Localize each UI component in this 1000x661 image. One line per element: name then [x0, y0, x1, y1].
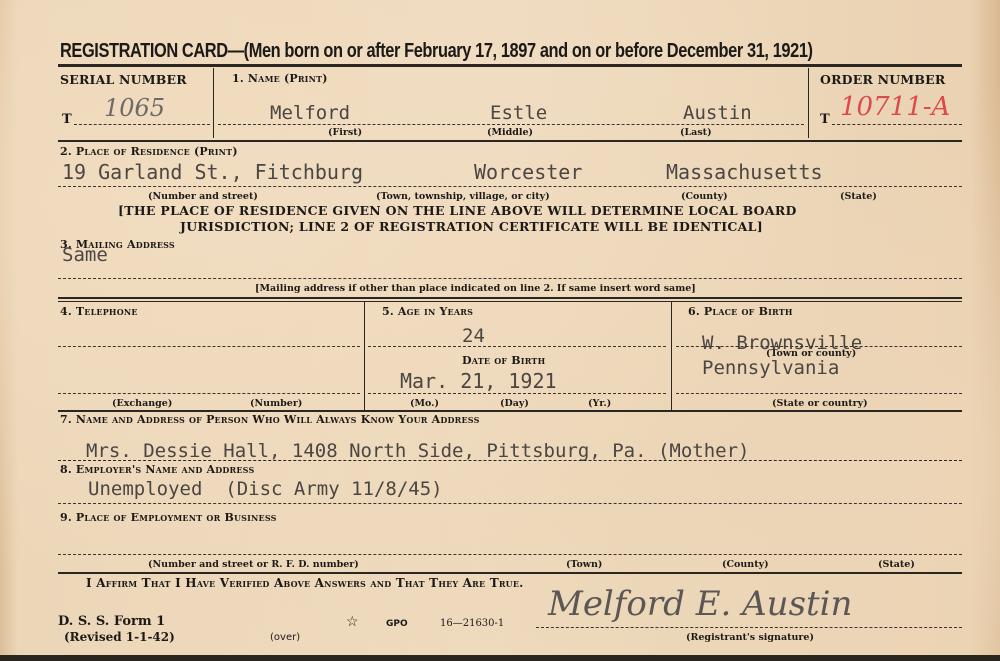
birth-state-value: Pennsylvania [702, 357, 839, 379]
divider [671, 302, 672, 410]
signature-line [536, 627, 962, 628]
order-number-value: 10711-A [840, 92, 950, 122]
age-value: 24 [462, 325, 485, 347]
form-name: D. S. S. Form 1 [58, 614, 165, 629]
mailing-caption: [Mailing address if other than place ind… [255, 283, 696, 294]
residence-label: 2. Place of Residence (Print) [60, 145, 238, 158]
month-caption: (Mo.) [410, 398, 439, 409]
employment-street-caption: (Number and street or R. F. D. number) [148, 559, 359, 570]
order-number-label: ORDER NUMBER [820, 72, 945, 87]
birth-state-caption: (State or country) [772, 398, 868, 409]
county-caption: (County) [681, 191, 728, 202]
street-caption: (Number and street) [148, 191, 258, 202]
residence-notice-line2: JURISDICTION; LINE 2 OF REGISTRATION CER… [180, 219, 763, 234]
divider [808, 68, 809, 138]
order-prefix: T [820, 112, 830, 127]
last-name-value: Austin [683, 102, 752, 124]
mailing-line [58, 278, 962, 279]
state-caption: (State) [840, 191, 877, 202]
row-rule [58, 572, 962, 574]
employment-county-caption: (County) [722, 559, 769, 570]
name-line [218, 124, 804, 125]
contact-label: 7. Name and Address of Person Who Will A… [60, 413, 480, 426]
affirmation-text: I Affirm That I Have Verified Above Answ… [86, 576, 524, 590]
first-caption: (First) [328, 127, 362, 138]
serial-number-label: SERIAL NUMBER [60, 72, 187, 87]
row-rule [58, 301, 962, 302]
day-caption: (Day) [500, 398, 529, 409]
number-caption: (Number) [250, 398, 302, 409]
form-revised: (Revised 1-1-42) [64, 630, 175, 644]
employment-state-caption: (State) [878, 559, 915, 570]
employment-place-label: 9. Place of Employment or Business [60, 511, 277, 524]
employer-label: 8. Employer's Name and Address [60, 463, 254, 476]
dob-line [368, 393, 666, 394]
telephone-line-1 [58, 346, 360, 347]
title-rule [58, 64, 962, 67]
registration-card: REGISTRATION CARD—(Men born on or after … [0, 0, 1000, 661]
residence-state-value: Massachusetts [666, 160, 823, 184]
mailing-address-value: Same [62, 244, 108, 266]
birthplace-label: 6. Place of Birth [688, 305, 793, 318]
residence-county-value: Worcester [474, 160, 582, 184]
birth-town-line [676, 346, 962, 347]
dob-label: Date of Birth [462, 354, 545, 367]
residence-street-value: 19 Garland St., Fitchburg [62, 160, 363, 184]
row-rule [58, 297, 962, 299]
telephone-label: 4. Telephone [60, 305, 138, 318]
signature-caption: (Registrant's signature) [686, 632, 814, 643]
exchange-caption: (Exchange) [112, 398, 172, 409]
serial-line [74, 124, 210, 125]
age-label: 5. Age in Years [382, 305, 473, 318]
year-caption: (Yr.) [588, 398, 611, 409]
employment-place-line [58, 554, 962, 555]
card-title: REGISTRATION CARD—(Men born on or after … [60, 40, 813, 63]
dob-value: Mar. 21, 1921 [400, 369, 557, 393]
telephone-line-2 [58, 393, 360, 394]
residence-notice-line1: [THE PLACE OF RESIDENCE GIVEN ON THE LIN… [118, 203, 797, 218]
order-line [832, 124, 962, 125]
serial-number-value: 1065 [104, 94, 165, 122]
registrant-signature: Melford E. Austin [548, 584, 852, 624]
serial-prefix: T [62, 112, 72, 127]
employment-town-caption: (Town) [566, 559, 602, 570]
age-line [368, 346, 666, 347]
gpo-mark: GPO [386, 619, 408, 629]
birth-state-line [676, 393, 962, 394]
middle-caption: (Middle) [487, 127, 533, 138]
row-rule [58, 140, 962, 142]
employer-value: Unemployed (Disc Army 11/8/45) [88, 478, 443, 500]
name-label: 1. Name (Print) [232, 72, 328, 85]
contact-line [58, 460, 962, 461]
residence-line [58, 186, 962, 187]
divider [364, 302, 365, 410]
town-caption: (Town, township, village, or city) [376, 191, 550, 202]
middle-name-value: Estle [490, 102, 547, 124]
employer-line [58, 503, 962, 504]
over-note: (over) [270, 632, 300, 643]
star-icon: ☆ [346, 614, 359, 630]
last-caption: (Last) [680, 127, 712, 138]
print-code: 16—21630-1 [440, 618, 504, 629]
first-name-value: Melford [270, 102, 350, 124]
row-rule [58, 410, 962, 412]
contact-value: Mrs. Dessie Hall, 1408 North Side, Pitts… [86, 440, 749, 462]
divider [213, 68, 214, 138]
